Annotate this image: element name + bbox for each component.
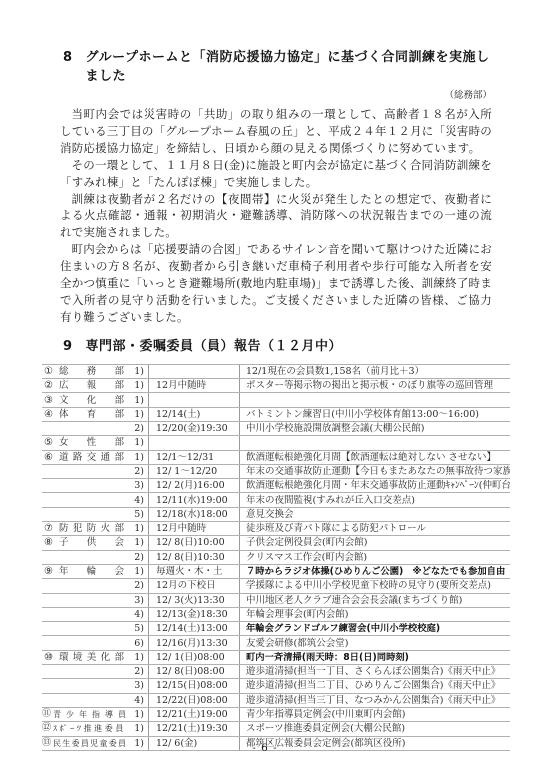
detail-cell: クリスマス工作会(町内会館) [240,551,510,564]
dept-label: ⑩ 環境美化部 1) [42,651,148,664]
detail-cell: 中川小学校施設開放調整会議(大棚公民館) [240,422,510,435]
dept-label: 4) [42,493,148,506]
item-number: 1) [129,522,144,535]
table-row: ④ 体育部 1) 12/14(土) バトミントン練習日(中川小学校体育館13:0… [42,408,510,422]
dept-label: ⑦ 防犯防火部 1) [42,522,148,535]
detail-text: 年輪会理事会(町内会館) [246,608,348,621]
detail-text: ７時からラジオ体操(ひめりんご公園) ※どなたでも参加自由 [246,565,505,578]
dept-label: 2) [42,665,148,678]
item-number: 5) [129,508,144,521]
dept-label: ⑤ 女性部 1) [42,436,148,449]
detail-text: クリスマス工作会(町内会館) [246,551,367,564]
dept-name: 子供会 [59,536,124,549]
date-cell [148,436,240,449]
dept-number: ④ [44,408,57,421]
table-row: ⑦ 防犯防火部 1) 12月中随時 徒歩班及び青パト隊による防犯パトロール [42,522,510,536]
dept-number: ② [44,379,57,392]
date-text: 12/11(水)19:00 [156,494,228,507]
table-row: ① 総務部 1) 12/1現在の会員数1,158名（前月比＋3） [42,365,510,379]
dept-number: ① [44,365,57,378]
table-row: 2) 12/20(金)19:30 中川小学校施設開放調整会議(大棚公民館) [42,422,510,436]
dept-number: ⑤ [44,436,57,449]
table-row: 4) 12/11(水)19:00 年末の夜間監視(すみれが丘入口交差点) [42,493,510,507]
detail-cell: ポスター等掲示物の掲出と掲示板・のぼり旗等の巡回管理 [240,379,510,392]
dept-name: 女性部 [59,436,124,449]
item-number: 4) [129,494,144,507]
detail-cell: 中川地区老人クラブ連合会会長会議(まちづくり館) [240,594,510,607]
table-row: 4) 12/13(金)18:30 年輪会理事会(町内会館) [42,608,510,622]
table-row: 6) 12/16(月)13:30 友愛会研修(都筑公会堂) [42,636,510,650]
date-cell: 12月中随時 [148,379,240,392]
date-text: 12/13(金)18:30 [156,608,228,621]
dept-name: 青少年指導員 [53,708,126,721]
detail-cell: 年輪会理事会(町内会館) [240,608,510,621]
item-number: 1) [129,708,144,721]
paragraph: 訓練は夜勤者が２名だけの【夜間帯】に火災が発生したとの想定で、夜勤者による火点確… [60,191,492,242]
table-row: 3) 12/15(日)08:00 遊歩道清掃(担当二丁目、ひめりんご公園集合)《… [42,679,510,693]
table-row: ② 広報部 1) 12月中随時 ポスター等掲示物の掲出と掲示板・のぼり旗等の巡回… [42,379,510,393]
detail-text: 町内一斉清掃(雨天時：8日(日)同時刻) [246,651,409,664]
item-number: 2) [129,422,144,435]
item-number: 1) [129,536,144,549]
detail-cell: バトミントン練習日(中川小学校体育館13:00～16:00) [240,408,510,421]
date-text: 12/1～12/31 [156,451,214,464]
dept-label: 3) [42,679,148,692]
dept-name: 文化部 [59,394,124,407]
date-text: 12/21(土)19:00 [156,708,228,721]
table-row: 3) 12/ 3(火)13:30 中川地区老人クラブ連合会会長会議(まちづくり館… [42,594,510,608]
date-text: 12/ 2(月)16:00 [156,479,225,492]
date-cell [148,393,240,406]
table-row: 2) 12/ 8(日)10:30 クリスマス工作会(町内会館) [42,551,510,565]
date-text: 12/21(土)19:30 [156,722,228,735]
date-text: 毎週火・木・土 [156,565,223,578]
detail-cell: ７時からラジオ体操(ひめりんご公園) ※どなたでも参加自由 [240,565,510,578]
dept-number: ⑪ [42,708,53,721]
item-number: 2) [129,465,144,478]
section9-heading: 9 専門部・委嘱委員（員）報告（１２月中） [63,335,492,354]
date-cell: 12/ 8(日)10:30 [148,551,240,564]
item-number: 1) [129,722,144,735]
dept-label: 3) [42,479,148,492]
date-cell: 毎週火・木・土 [148,565,240,578]
detail-text: ポスター等掲示物の掲出と掲示板・のぼり旗等の巡回管理 [246,379,493,392]
dept-number: ⑥ [44,451,57,464]
detail-cell: 子供会定例役員会(町内会館) [240,536,510,549]
dept-number: ⑩ [44,651,57,664]
item-number: 3) [129,479,144,492]
dept-number: ⑦ [44,522,57,535]
dept-label: ① 総務部 1) [42,365,148,378]
detail-text: 徒歩班及び青パト隊による防犯パトロール [246,522,426,535]
dept-label: ⑨ 年輪会 1) [42,565,148,578]
detail-cell [240,393,510,406]
table-row: 2) 12/ 1～12/20 年末の交通事故防止運動【今日もまたあなたの無事故待… [42,465,510,479]
date-text: 12月中随時 [156,379,206,392]
page-content: 8 グループホームと「消防応援協力協定」に基づく合同訓練を実施しました （総務部… [0,0,549,751]
detail-cell: 青少年指導員定例会(中川東町内会館) [240,708,510,721]
date-cell: 12/16(月)13:30 [148,636,240,649]
item-number: 2) [129,579,144,592]
item-number: 5) [129,622,144,635]
date-text: 12/ 8(日)10:00 [156,536,225,549]
dept-label: 3) [42,594,148,607]
date-cell: 12/ 8(日)10:00 [148,536,240,549]
date-text: 12/16(月)13:30 [156,637,228,650]
detail-text: 中川地区老人クラブ連合会会長会議(まちづくり館) [246,594,462,607]
date-cell: 12/21(土)19:30 [148,722,240,735]
detail-text: 年輪会グランドゴルフ練習会(中川小学校校庭) [246,622,440,635]
paragraph: その一環として、１１月８日(金)に施設と町内会が協定に基づく合同消防訓練を「すみ… [60,157,492,191]
detail-cell: 12/1現在の会員数1,158名（前月比＋3） [240,365,510,378]
date-text: 12/22(日)08:00 [156,694,228,707]
detail-text: バトミントン練習日(中川小学校体育館13:00～16:00) [246,408,479,421]
date-cell: 12月中随時 [148,522,240,535]
date-text: 12/18(水)18:00 [156,508,228,521]
table-row: 5) 12/14(土)13:00 年輪会グランドゴルフ練習会(中川小学校校庭) [42,622,510,636]
detail-text: 遊歩道清掃(担当三丁目、なつみかん公園集合)《雨天中止》 [246,694,500,707]
detail-text: 遊歩道清掃(担当一丁目、さくらんぼ公園集合)《雨天中止》 [246,665,500,678]
newsletter-page: 8 グループホームと「消防応援協力協定」に基づく合同訓練を実施しました （総務部… [0,0,549,776]
detail-text: 年末の交通事故防止運動【今日もまたあなたの無事故待つ家族】 [246,465,510,478]
table-row: 5) 12/18(水)18:00 意見交換会 [42,508,510,522]
dept-label: ⑧ 子供会 1) [42,536,148,549]
date-cell: 12/22(日)08:00 [148,694,240,707]
section8-attribution: （総務部） [60,87,492,101]
item-number: 1) [129,379,144,392]
item-number: 1) [129,408,144,421]
date-cell: 12/ 1(日)08:00 [148,651,240,664]
detail-cell: 遊歩道清掃(担当三丁目、なつみかん公園集合)《雨天中止》 [240,694,510,707]
dept-label: ③ 文化部 1) [42,393,148,406]
date-text: 12/14(土)13:00 [156,622,228,635]
dept-name: ｽﾎﾟｰﾂ推進委員 [53,722,126,735]
detail-cell: 町内一斉清掃(雨天時：8日(日)同時刻) [240,651,510,664]
dept-number: ⑫ [42,722,53,735]
detail-cell: 徒歩班及び青パト隊による防犯パトロール [240,522,510,535]
detail-text: 遊歩道清掃(担当二丁目、ひめりんご公園集合)《雨天中止》 [246,679,500,692]
item-number: 2) [129,551,144,564]
date-cell: 12/ 2(月)16:00 [148,479,240,492]
detail-cell: 年末の夜間監視(すみれが丘入口交差点) [240,493,510,506]
table-row: 4) 12/22(日)08:00 遊歩道清掃(担当三丁目、なつみかん公園集合)《… [42,694,510,708]
dept-name: 体育部 [59,408,124,421]
detail-cell: 学援隊による中川小学校児童下校時の見守り(要所交差点) [240,579,510,592]
date-text: 12/15(日)08:00 [156,679,228,692]
paragraph: 町内会からは「応援要請の合図」であるサイレン音を聞いて駆けつけた近隣にお住まいの… [60,241,492,326]
section9-number: 9 [63,339,73,354]
date-cell: 12/21(土)19:00 [148,708,240,721]
table-row: ⑪ 青少年指導員 1) 12/21(土)19:00 青少年指導員定例会(中川東町… [42,708,510,722]
detail-text: 飲酒運転根絶強化月間・年末交通事故防止運動ｷｬﾝﾍﾟｰﾝ(仲町台駅) [246,479,510,492]
dept-name: 年輪会 [59,565,124,578]
item-number: 4) [129,694,144,707]
item-number: 1) [129,565,144,578]
table-row: 3) 12/ 2(月)16:00 飲酒運転根絶強化月間・年末交通事故防止運動ｷｬ… [42,479,510,493]
dept-name: 広報部 [59,379,124,392]
dept-label: ⑥ 道路交通部 1) [42,451,148,464]
detail-cell: スポーツ推進委員定例会(大棚公民館) [240,722,510,735]
dept-label: 2) [42,579,148,592]
detail-cell: 意見交換会 [240,508,510,521]
date-cell: 12/ 8(日)08:00 [148,665,240,678]
detail-cell: 遊歩道清掃(担当一丁目、さくらんぼ公園集合)《雨天中止》 [240,665,510,678]
date-text: 12/ 1(日)08:00 [156,651,225,664]
detail-text: 学援隊による中川小学校児童下校時の見守り(要所交差点) [246,579,491,592]
date-text: 12/14(土) [156,408,200,421]
dept-name: 総務部 [59,365,124,378]
date-cell: 12/18(水)18:00 [148,508,240,521]
table-row: ⑫ ｽﾎﾟｰﾂ推進委員 1) 12/21(土)19:30 スポーツ推進委員定例会… [42,722,510,736]
date-cell: 12/15(日)08:00 [148,679,240,692]
detail-text: 意見交換会 [246,508,294,521]
detail-text: 子供会定例役員会(町内会館) [246,536,367,549]
table-row: ⑩ 環境美化部 1) 12/ 1(日)08:00 町内一斉清掃(雨天時：8日(日… [42,651,510,665]
dept-label: 2) [42,551,148,564]
date-cell: 12/ 1～12/20 [148,465,240,478]
date-cell: 12/13(金)18:30 [148,608,240,621]
detail-text: 12/1現在の会員数1,158名（前月比＋3） [246,365,424,378]
date-text: 12月の下校日 [156,579,216,592]
dept-number: ⑨ [44,565,57,578]
section8-heading: 8 グループホームと「消防応援協力協定」に基づく合同訓練を実施しました [63,46,492,84]
item-number: 6) [129,637,144,650]
item-number: 1) [129,436,144,449]
table-row: 2) 12/ 8(日)08:00 遊歩道清掃(担当一丁目、さくらんぼ公園集合)《… [42,665,510,679]
date-cell [148,365,240,378]
detail-cell: 遊歩道清掃(担当二丁目、ひめりんご公園集合)《雨天中止》 [240,679,510,692]
date-text: 12/ 1～12/20 [156,465,217,478]
date-text: 12/ 8(日)10:30 [156,551,225,564]
dept-label: 5) [42,622,148,635]
detail-cell: 飲酒運転根絶強化月間・年末交通事故防止運動ｷｬﾝﾍﾟｰﾝ(仲町台駅) [240,479,510,492]
item-number: 4) [129,608,144,621]
item-number: 2) [129,665,144,678]
paragraph: 当町内会では災害時の「共助」の取り組みの一環として、高齢者１８名が入所している三… [60,106,492,157]
detail-text: スポーツ推進委員定例会(大棚公民館) [246,722,405,735]
detail-text: 年末の夜間監視(すみれが丘入口交差点) [246,494,415,507]
dept-label: 5) [42,508,148,521]
item-number: 1) [129,451,144,464]
section8-number: 8 [63,50,73,65]
dept-label: 2) [42,465,148,478]
item-number: 3) [129,594,144,607]
dept-label: 4) [42,608,148,621]
dept-label: ⑫ ｽﾎﾟｰﾂ推進委員 1) [42,722,148,735]
date-cell: 12/20(金)19:30 [148,422,240,435]
item-number: 1) [129,651,144,664]
date-cell: 12/1～12/31 [148,451,240,464]
date-text: 12/ 8(日)08:00 [156,665,225,678]
date-text: 12/ 3(火)13:30 [156,594,225,607]
detail-cell: 飲酒運転根絶強化月間【飲酒運転は絶対しない させない】 [240,451,510,464]
item-number: 1) [129,365,144,378]
table-row: ③ 文化部 1) [42,393,510,407]
dept-label: ④ 体育部 1) [42,408,148,421]
table-row: ⑥ 道路交通部 1) 12/1～12/31 飲酒運転根絶強化月間【飲酒運転は絶対… [42,451,510,465]
table-row: ⑧ 子供会 1) 12/ 8(日)10:00 子供会定例役員会(町内会館) [42,536,510,550]
dept-label: ② 広報部 1) [42,379,148,392]
dept-label: 4) [42,694,148,707]
table-row: 2) 12月の下校日 学援隊による中川小学校児童下校時の見守り(要所交差点) [42,579,510,593]
report-table: ① 総務部 1) 12/1現在の会員数1,158名（前月比＋3） ② 広報部 1… [42,364,510,751]
detail-cell: 年末の交通事故防止運動【今日もまたあなたの無事故待つ家族】 [240,465,510,478]
detail-cell [240,436,510,449]
page-number: - 6 - [0,742,530,754]
date-cell: 12/14(土)13:00 [148,622,240,635]
date-text: 12/20(金)19:30 [156,422,228,435]
section8-body: 当町内会では災害時の「共助」の取り組みの一環として、高齢者１８名が入所している三… [60,106,492,326]
item-number: 1) [129,394,144,407]
table-row: ⑤ 女性部 1) [42,436,510,450]
section8-title: グループホームと「消防応援協力協定」に基づく合同訓練を実施しました [86,46,492,84]
date-cell: 12/14(土) [148,408,240,421]
item-number: 3) [129,679,144,692]
dept-number: ⑧ [44,536,57,549]
detail-text: 中川小学校施設開放調整会議(大棚公民館) [246,422,424,435]
date-cell: 12/11(水)19:00 [148,493,240,506]
dept-name: 防犯防火部 [59,522,124,535]
dept-name: 環境美化部 [59,651,124,664]
dept-label: 2) [42,422,148,435]
date-cell: 12/ 3(火)13:30 [148,594,240,607]
detail-text: 友愛会研修(都筑公会堂) [246,637,348,650]
detail-cell: 年輪会グランドゴルフ練習会(中川小学校校庭) [240,622,510,635]
table-row: ⑨ 年輪会 1) 毎週火・木・土 ７時からラジオ体操(ひめりんご公園) ※どなた… [42,565,510,579]
section9-title: 専門部・委嘱委員（員）報告（１２月中） [86,335,343,354]
date-cell: 12月の下校日 [148,579,240,592]
dept-label: 6) [42,636,148,649]
date-text: 12月中随時 [156,522,206,535]
detail-text: 青少年指導員定例会(中川東町内会館) [246,708,405,721]
dept-label: ⑪ 青少年指導員 1) [42,708,148,721]
detail-text: 飲酒運転根絶強化月間【飲酒運転は絶対しない させない】 [246,451,496,464]
dept-number: ③ [44,394,57,407]
detail-cell: 友愛会研修(都筑公会堂) [240,636,510,649]
dept-name: 道路交通部 [59,451,124,464]
